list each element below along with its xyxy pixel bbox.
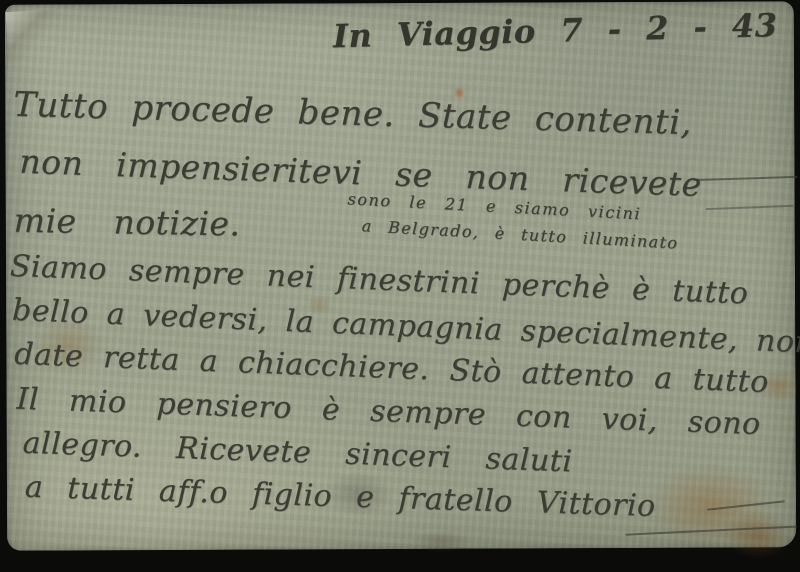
stain (411, 531, 471, 553)
stain (645, 463, 775, 550)
dateline: In Viaggio 7 - 2 - 43 (332, 6, 777, 55)
pencil-stroke (694, 176, 798, 181)
corner-crease (6, 9, 61, 64)
postcard: In Viaggio 7 - 2 - 43 Tutto procede bene… (5, 1, 796, 550)
signature-flourish (707, 500, 785, 511)
stain (723, 511, 793, 559)
letter-line: mie notizie. (13, 201, 240, 244)
pencil-stroke (706, 205, 794, 210)
letter-line: Tutto procede bene. State contenti, (13, 85, 693, 143)
pencil-stroke (625, 526, 797, 536)
